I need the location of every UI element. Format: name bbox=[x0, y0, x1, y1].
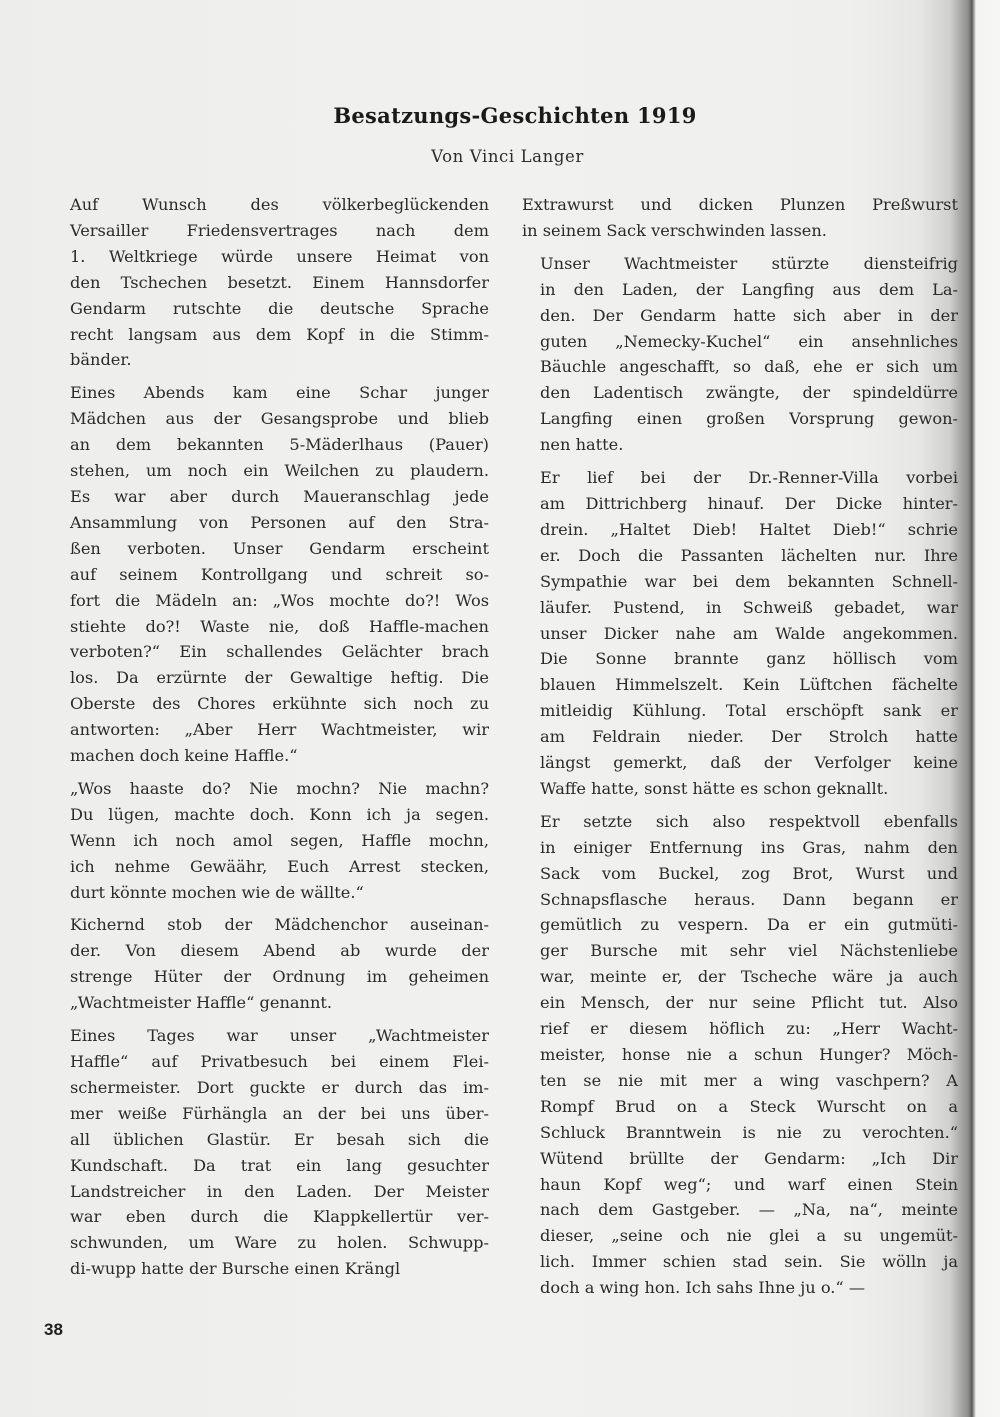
text-line: ten se nie mit mer a wing vaschpern? A bbox=[522, 1068, 958, 1094]
text-line: längst gemerkt, daß der Verfolger keine bbox=[522, 750, 958, 776]
text-line: am Dittrichberg hinauf. Der Dicke hinter… bbox=[522, 491, 958, 517]
text-line: Ansammlung von Personen auf den Stra- bbox=[52, 510, 489, 536]
text-line: war, meinte er, der Tscheche wäre ja auc… bbox=[522, 964, 958, 990]
text-line: Rompf Brud on a Steck Wurscht on a bbox=[522, 1094, 958, 1120]
text-line: Waffe hatte, sonst hätte es schon geknal… bbox=[522, 776, 958, 802]
text-line: er. Doch die Passanten lächelten nur. Ih… bbox=[522, 543, 958, 569]
text-line: ein Mensch, der nur seine Pflicht tut. A… bbox=[522, 990, 958, 1016]
paragraph: Extrawurst und dicken Plunzen Preßwursti… bbox=[522, 192, 958, 244]
text-line: bänder. bbox=[52, 347, 489, 373]
text-line: machen doch keine Haffle.“ bbox=[52, 743, 489, 769]
text-line: Schluck Branntwein is nie zu verochten.“ bbox=[522, 1120, 958, 1146]
paragraph: Auf Wunsch des völkerbeglückendenVersail… bbox=[52, 192, 489, 373]
text-line: Landstreicher in den Laden. Der Meister bbox=[52, 1179, 489, 1205]
text-line: verboten?“ Ein schallendes Gelächter bra… bbox=[52, 639, 489, 665]
text-line: haun Kopf weg“; und warf einen Stein bbox=[522, 1172, 958, 1198]
text-line: Sack vom Buckel, zog Brot, Wurst und bbox=[522, 861, 958, 887]
text-line: Unser Wachtmeister stürzte diensteifrig bbox=[522, 251, 958, 277]
text-line: gemütlich zu vespern. Da er ein gutmüti- bbox=[522, 912, 958, 938]
text-line: den. Der Gendarm hatte sich aber in der bbox=[522, 303, 958, 329]
text-line: der. Von diesem Abend ab wurde der bbox=[52, 938, 489, 964]
text-line: fort die Mädeln an: „Wos mochte do?! Wos bbox=[52, 588, 489, 614]
text-line: unser Dicker nahe am Walde angekommen. bbox=[522, 621, 958, 647]
text-line: nen hatte. bbox=[522, 432, 958, 458]
text-line: Eines Abends kam eine Schar junger bbox=[52, 380, 489, 406]
text-line: Bäuchle angeschafft, so daß, ehe er sich… bbox=[522, 354, 958, 380]
text-line: Er setzte sich also respektvoll ebenfall… bbox=[522, 809, 958, 835]
text-line: Gendarm rutschte die deutsche Sprache bbox=[52, 296, 489, 322]
text-line: den Tschechen besetzt. Einem Hannsdorfer bbox=[52, 270, 489, 296]
text-line: all üblichen Glastür. Er besah sich die bbox=[52, 1127, 489, 1153]
text-line: guten „Nemecky-Kuchel“ ein ansehnliches bbox=[522, 329, 958, 355]
text-line: Versailler Friedensvertrages nach dem bbox=[52, 218, 489, 244]
text-line: Auf Wunsch des völkerbeglückenden bbox=[52, 192, 489, 218]
text-line: Wenn ich noch amol segen, Haffle mochn, bbox=[52, 828, 489, 854]
text-line: Haffle“ auf Privatbesuch bei einem Flei- bbox=[52, 1049, 489, 1075]
text-line: ger Bursche mit sehr viel Nächstenliebe bbox=[522, 938, 958, 964]
right-text-column: Extrawurst und dicken Plunzen Preßwursti… bbox=[522, 192, 958, 1308]
text-line: Kundschaft. Da trat ein lang gesuchter bbox=[52, 1153, 489, 1179]
text-line: recht langsam aus dem Kopf in die Stimm- bbox=[52, 322, 489, 348]
text-line: Schnapsflasche heraus. Dann begann er bbox=[522, 887, 958, 913]
text-line: durt könnte mochen wie de wällte.“ bbox=[52, 880, 489, 906]
paragraph: Unser Wachtmeister stürzte diensteifrigi… bbox=[522, 251, 958, 458]
paragraph: Er setzte sich also respektvoll ebenfall… bbox=[522, 809, 958, 1301]
paragraph: Er lief bei der Dr.-Renner-Villa vorbeia… bbox=[522, 465, 958, 802]
text-line: läufer. Pustend, in Schweiß gebadet, war bbox=[522, 595, 958, 621]
text-line: stehen, um noch ein Weilchen zu plaudern… bbox=[52, 458, 489, 484]
text-line: Wütend brüllte der Gendarm: „Ich Dir bbox=[522, 1146, 958, 1172]
text-line: Kichernd stob der Mädchenchor auseinan- bbox=[52, 912, 489, 938]
text-line: mitleidig Kühlung. Total erschöpft sank … bbox=[522, 698, 958, 724]
text-line: „Wos haaste do? Nie mochn? Nie machn? bbox=[52, 776, 489, 802]
text-line: meister, honse nie a schun Hunger? Möch- bbox=[522, 1042, 958, 1068]
text-line: Er lief bei der Dr.-Renner-Villa vorbei bbox=[522, 465, 958, 491]
text-line: blauen Himmelszelt. Kein Lüftchen fächel… bbox=[522, 672, 958, 698]
text-line: in seinem Sack verschwinden lassen. bbox=[522, 218, 958, 244]
book-page: Besatzungs-Geschichten 1919 Von Vinci La… bbox=[0, 0, 1000, 1417]
text-line: Extrawurst und dicken Plunzen Preßwurst bbox=[522, 192, 958, 218]
text-line: den Ladentisch zwängte, der spindeldürre bbox=[522, 380, 958, 406]
text-line: mer weiße Fürhängla an der bei uns über- bbox=[52, 1101, 489, 1127]
text-line: Sympathie war bei dem bekannten Schnell- bbox=[522, 569, 958, 595]
paragraph: „Wos haaste do? Nie mochn? Nie machn?Du … bbox=[52, 776, 489, 906]
paragraph: Eines Tages war unser „WachtmeisterHaffl… bbox=[52, 1023, 489, 1282]
paragraph: Eines Abends kam eine Schar jungerMädche… bbox=[52, 380, 489, 769]
text-line: Langfing einen großen Vorsprung gewon- bbox=[522, 406, 958, 432]
text-line: Oberste des Chores erkühnte sich noch zu bbox=[52, 691, 489, 717]
text-line: am Feldrain nieder. Der Strolch hatte bbox=[522, 724, 958, 750]
text-line: Mädchen aus der Gesangsprobe und blieb bbox=[52, 406, 489, 432]
text-line: auf seinem Kontrollgang und schreit so- bbox=[52, 562, 489, 588]
text-line: Die Sonne brannte ganz höllisch vom bbox=[522, 646, 958, 672]
text-line: Eines Tages war unser „Wachtmeister bbox=[52, 1023, 489, 1049]
text-line: ßen verboten. Unser Gendarm erscheint bbox=[52, 536, 489, 562]
left-text-column: Auf Wunsch des völkerbeglückendenVersail… bbox=[52, 192, 489, 1289]
text-line: nach dem Gastgeber. — „Na, na“, meinte bbox=[522, 1197, 958, 1223]
text-line: drein. „Haltet Dieb! Haltet Dieb!“ schri… bbox=[522, 517, 958, 543]
text-line: di-wupp hatte der Bursche einen Krängl bbox=[52, 1256, 489, 1282]
page-number: 38 bbox=[44, 1320, 63, 1340]
text-line: lich. Immer schien stad sein. Sie wölln … bbox=[522, 1249, 958, 1275]
text-line: los. Da erzürnte der Gewaltige heftig. D… bbox=[52, 665, 489, 691]
text-line: an dem bekannten 5-Mäderlhaus (Pauer) bbox=[52, 432, 489, 458]
text-line: dieser, „seine och nie glei a su ungemüt… bbox=[522, 1223, 958, 1249]
article-title: Besatzungs-Geschichten 1919 bbox=[0, 103, 1000, 128]
text-line: Du lügen, machte doch. Konn ich ja segen… bbox=[52, 802, 489, 828]
text-line: schwunden, um Ware zu holen. Schwupp- bbox=[52, 1230, 489, 1256]
text-line: schermeister. Dort guckte er durch das i… bbox=[52, 1075, 489, 1101]
text-line: in den Laden, der Langfing aus dem La- bbox=[522, 277, 958, 303]
text-line: stiehte do?! Waste nie, doß Haffle-mache… bbox=[52, 614, 489, 640]
text-line: Es war aber durch Maueranschlag jede bbox=[52, 484, 489, 510]
text-line: ich nehme Gewäähr, Euch Arrest stecken, bbox=[52, 854, 489, 880]
text-line: doch a wing hon. Ich sahs Ihne ju o.“ — bbox=[522, 1275, 958, 1301]
text-line: war eben durch die Klappkellertür ver- bbox=[52, 1204, 489, 1230]
text-line: „Wachtmeister Haffle“ genannt. bbox=[52, 990, 489, 1016]
text-line: rief er diesem höflich zu: „Herr Wacht- bbox=[522, 1016, 958, 1042]
text-line: antworten: „Aber Herr Wachtmeister, wir bbox=[52, 717, 489, 743]
text-line: strenge Hüter der Ordnung im geheimen bbox=[52, 964, 489, 990]
text-line: in einiger Entfernung ins Gras, nahm den bbox=[522, 835, 958, 861]
text-line: 1. Weltkriege würde unsere Heimat von bbox=[52, 244, 489, 270]
paragraph: Kichernd stob der Mädchenchor auseinan-d… bbox=[52, 912, 489, 1016]
article-byline: Von Vinci Langer bbox=[0, 147, 1000, 166]
